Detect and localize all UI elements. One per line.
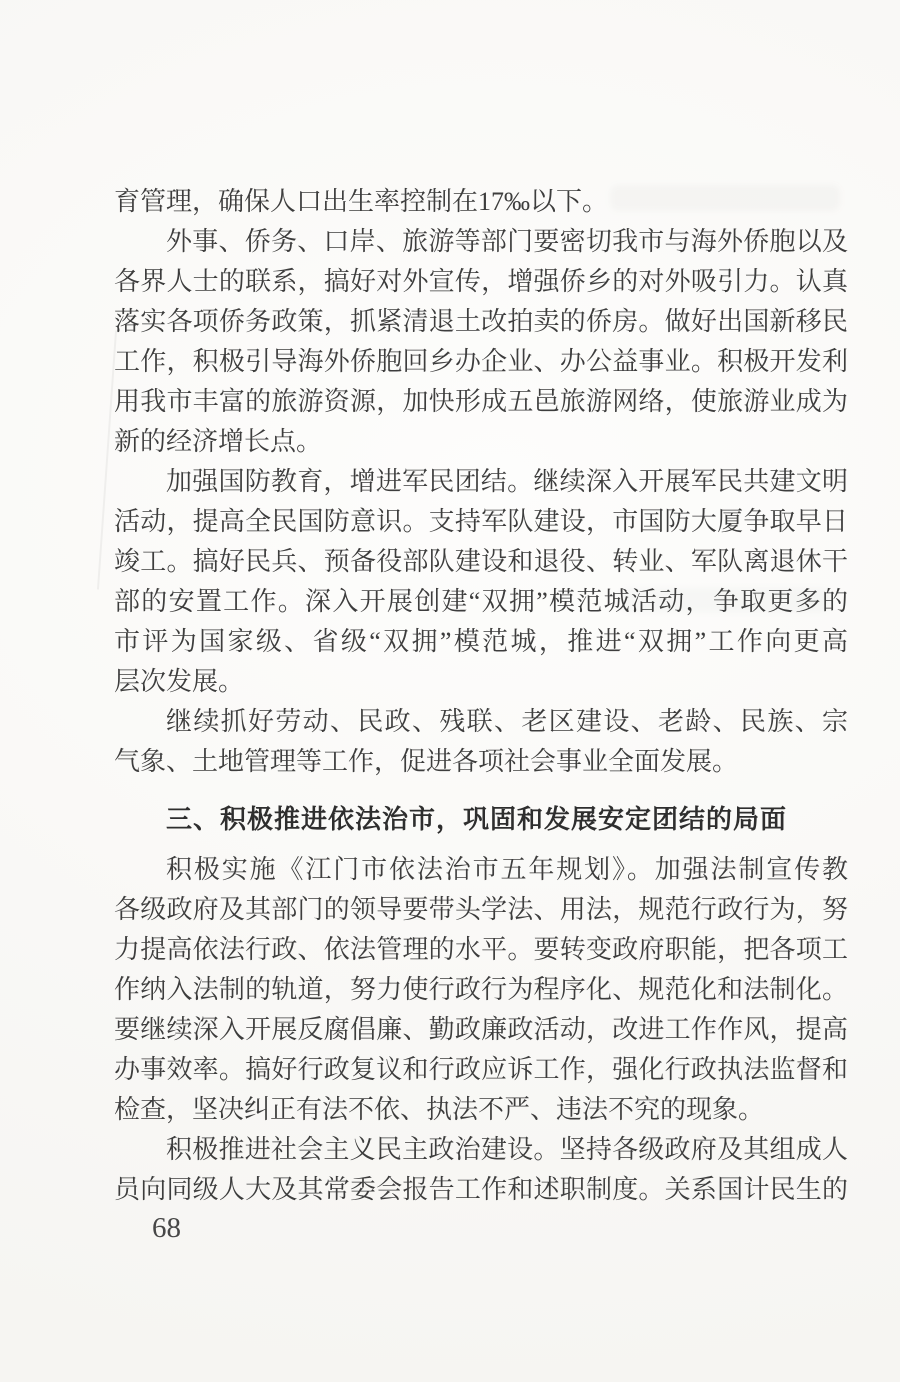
text-line: 气象、土地管理等工作，促进各项社会事业全面发展。 bbox=[114, 742, 848, 782]
text-line: 部的安置工作。深入开展创建“双拥”模范城活动，争取更多的 bbox=[114, 582, 848, 622]
text-line: 继续抓好劳动、民政、残联、老区建设、老龄、民族、宗教、 bbox=[114, 702, 848, 742]
text-line: 落实各项侨务政策，抓紧清退土改拍卖的侨房。做好出国新移民 bbox=[114, 302, 848, 342]
text-line: 育管理，确保人口出生率控制在17‰以下。 bbox=[114, 182, 848, 222]
section-heading: 三、积极推进依法治市，巩固和发展安定团结的局面 bbox=[114, 798, 848, 840]
text-line: 积极推进社会主义民主政治建设。坚持各级政府及其组成人 bbox=[114, 1130, 848, 1170]
text-line: 工作，积极引导海外侨胞回乡办企业、办公益事业。积极开发利 bbox=[114, 342, 848, 382]
text-line: 活动，提高全民国防意识。支持军队建设，市国防大厦争取早日 bbox=[114, 502, 848, 542]
text-line: 要继续深入开展反腐倡廉、勤政廉政活动，改进工作作风，提高 bbox=[114, 1010, 848, 1050]
text-line: 用我市丰富的旅游资源，加快形成五邑旅游网络，使旅游业成为 bbox=[114, 382, 848, 422]
text-line: 积极实施《江门市依法治市五年规划》。加强法制宣传教育， bbox=[114, 850, 848, 890]
text-line: 各级政府及其部门的领导要带头学法、用法，规范行政行为，努 bbox=[114, 890, 848, 930]
text-line: 加强国防教育，增进军民团结。继续深入开展军民共建文明 bbox=[114, 462, 848, 502]
text-line: 检查，坚决纠正有法不依、执法不严、违法不究的现象。 bbox=[114, 1090, 848, 1130]
text-line: 作纳入法制的轨道，努力使行政行为程序化、规范化和法制化。 bbox=[114, 970, 848, 1010]
text-line: 员向同级人大及其常委会报告工作和述职制度。关系国计民生的 bbox=[114, 1170, 848, 1210]
text-line: 市评为国家级、省级“双拥”模范城，推进“双拥”工作向更高 bbox=[114, 622, 848, 662]
text-line: 力提高依法行政、依法管理的水平。要转变政府职能，把各项工 bbox=[114, 930, 848, 970]
document-page: 育管理，确保人口出生率控制在17‰以下。 外事、侨务、口岸、旅游等部门要密切我市… bbox=[0, 0, 900, 1382]
text-line: 层次发展。 bbox=[114, 662, 848, 702]
text-line: 外事、侨务、口岸、旅游等部门要密切我市与海外侨胞以及 bbox=[114, 222, 848, 262]
page-number: 68 bbox=[152, 1208, 181, 1248]
text-line: 竣工。搞好民兵、预备役部队建设和退役、转业、军队离退休干 bbox=[114, 542, 848, 582]
text-line: 新的经济增长点。 bbox=[114, 422, 848, 462]
text-line: 办事效率。搞好行政复议和行政应诉工作，强化行政执法监督和 bbox=[114, 1050, 848, 1090]
text-line: 各界人士的联系，搞好对外宣传，增强侨乡的对外吸引力。认真 bbox=[114, 262, 848, 302]
page-body-text: 育管理，确保人口出生率控制在17‰以下。 外事、侨务、口岸、旅游等部门要密切我市… bbox=[114, 182, 848, 1210]
